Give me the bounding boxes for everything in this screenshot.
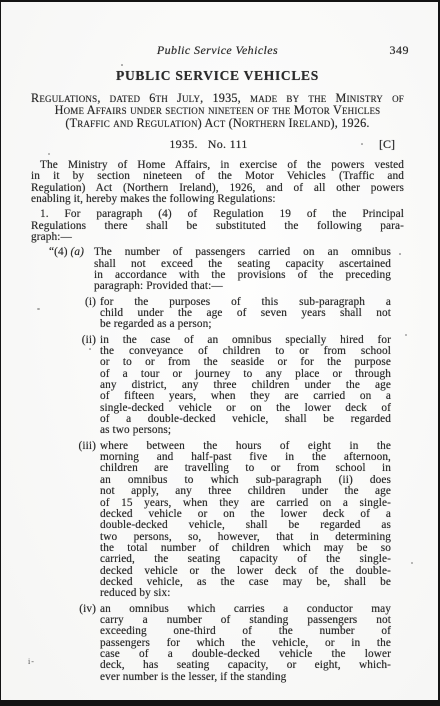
text-line: reduced by six:	[100, 588, 391, 599]
text-line: graph:—	[31, 232, 404, 243]
text-line: double-decked vehicle, shall be regarded…	[100, 520, 391, 531]
scan-speck	[34, 239, 36, 241]
scan-speck	[48, 153, 50, 155]
enacting-paragraph: The Ministry of Home Affairs, in exercis…	[31, 160, 404, 205]
running-head: Public Service Vehicles 349	[31, 44, 404, 57]
text-line: be regarded as a person;	[100, 319, 391, 330]
paragraph-marker: (ii)	[60, 335, 96, 346]
scanned-document-page: Public Service Vehicles 349 PUBLIC SERVI…	[0, 0, 440, 706]
text-line: as two persons;	[100, 425, 391, 436]
scan-speck	[361, 143, 363, 145]
body-blocks: The Ministry of Home Affairs, in exercis…	[31, 160, 404, 683]
paragraph-marker: (i)	[60, 297, 96, 308]
text-line: Regulations there shall be substituted t…	[31, 221, 404, 232]
citation-line: 1935. No. 111 [C]	[31, 138, 404, 151]
preamble-line: Home Affairs under section nineteen of t…	[31, 104, 404, 116]
paragraph-marker: (iii)	[60, 441, 96, 452]
scan-speck	[89, 348, 91, 350]
text-line: in it by section nineteen of the Motor V…	[31, 171, 404, 182]
substituted-paragraph-4a: “(4) (a)The number of passengers carried…	[94, 247, 391, 292]
paragraph-marker: “(4) (a)	[49, 247, 84, 258]
statute-number: 1935. No. 111	[169, 137, 247, 151]
sub-item-iii: (iii)where between the hours of eight in…	[100, 441, 391, 600]
scan-speck	[399, 253, 401, 255]
sub-item-iv: (iv)an omnibus which carries a conductor…	[100, 604, 391, 683]
preamble: Regulations, dated 6th July, 1935, made …	[31, 92, 404, 129]
text-line: exceeding one-third of the number of	[100, 626, 391, 637]
scan-speck	[411, 562, 413, 564]
paragraph-marker: (iv)	[60, 604, 96, 615]
sub-item-i: (i)for the purposes of this sub-paragrap…	[100, 297, 391, 331]
text-line: not apply, any three children under the …	[100, 486, 391, 497]
text-line: The number of passengers carried on an o…	[94, 247, 391, 258]
text-line: carried, the seating capacity of the sin…	[100, 554, 391, 565]
document-title: PUBLIC SERVICE VEHICLES	[31, 68, 404, 83]
text-line: ever number is the lesser, if the standi…	[100, 672, 391, 683]
text-line: deck, has seating capacity, or eight, wh…	[100, 660, 391, 671]
sub-item-ii: (ii)in the case of an omnibus specially …	[100, 335, 391, 437]
regulation-1-paragraph: 1. For paragraph (4) of Regulation 19 of…	[31, 209, 404, 243]
press-mark: i-	[28, 657, 35, 666]
citation-mark: [C]	[379, 138, 395, 151]
text-line: enabling it, hereby makes the following …	[31, 194, 404, 205]
scan-speck	[37, 308, 40, 310]
preamble-line: (Traffic and Regulation) Act (Northern I…	[31, 117, 404, 129]
scan-speck	[405, 334, 407, 336]
running-head-title: Public Service Vehicles	[157, 43, 278, 57]
text-line: paragraph: Provided that:—	[94, 281, 391, 292]
text-line: 1. For paragraph (4) of Regulation 19 of…	[31, 209, 404, 220]
page-number: 349	[390, 44, 410, 57]
scan-speck	[121, 64, 123, 66]
